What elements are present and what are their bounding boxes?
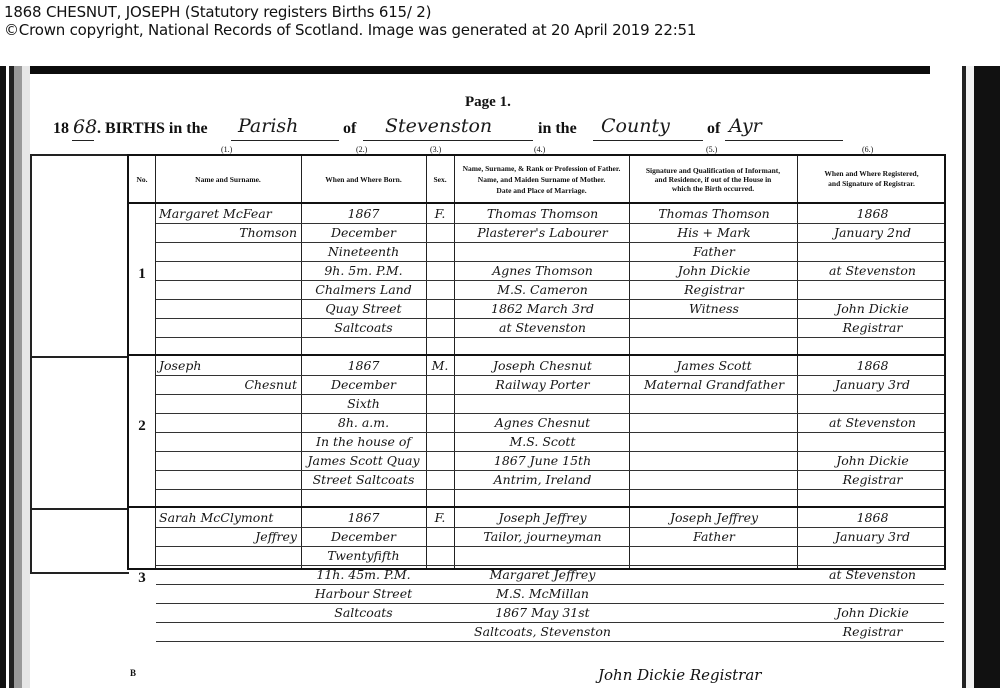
header-parents: Name, Surname, & Rank or Profession of F… [454, 156, 629, 202]
entry-registered-line: at Stevenston [801, 415, 944, 430]
year-prefix: 18 [53, 120, 69, 138]
entry-parents-line: Saltcoats, Stevenston [458, 624, 627, 639]
district-name: Stevenston [385, 115, 492, 137]
entry-born-line: Chalmers Land [305, 282, 422, 297]
header-registered: When and Where Registered, and Signature… [797, 156, 946, 202]
column-number-6: (6.) [862, 145, 873, 154]
entry-parents-line: 1867 May 31st [458, 605, 627, 620]
of-label-1: of [343, 120, 356, 138]
births-register-table: No. Name and Surname. When and Where Bor… [127, 154, 946, 570]
entry-inf-line: John Dickie [633, 263, 795, 278]
page-top-edge [30, 66, 930, 74]
entry-parents-line: 1862 March 3rd [458, 301, 627, 316]
entry-sex: M. [428, 358, 452, 373]
entry-name-line: Thomson [159, 225, 297, 240]
entry-parents-line: Joseph Chesnut [458, 358, 627, 373]
header-informant: Signature and Qualification of Informant… [629, 156, 797, 202]
column-number-5: (5.) [706, 145, 717, 154]
entry-born-line: 11h. 45m. P.M. [305, 567, 422, 582]
entry-born-line: December [305, 225, 422, 240]
entry-parents-line: Antrim, Ireland [458, 472, 627, 487]
entry-registered-line: John Dickie [801, 453, 944, 468]
entry-parents-line: M.S. Cameron [458, 282, 627, 297]
entry-registered-line: Registrar [801, 472, 944, 487]
entry-number: 1 [129, 266, 155, 283]
scanned-register-page: Page 1. 18 68 . BIRTHS in the Parish of … [0, 66, 1000, 688]
entry-parents-line: Plasterer's Labourer [458, 225, 627, 240]
entry-sex: F. [428, 206, 452, 221]
page-binding-left [0, 66, 30, 688]
district-type: Parish [238, 115, 298, 137]
entry-registered-line: January 2nd [801, 225, 944, 240]
county-name: Ayr [729, 115, 762, 137]
entry-parents-line: at Stevenston [458, 320, 627, 335]
entry-name-line: Sarah McClymont [159, 510, 297, 525]
column-number-1: (1.) [221, 145, 232, 154]
margin-box [30, 154, 129, 574]
record-caption-title: 1868 CHESNUT, JOSEPH (Statutory register… [4, 3, 431, 22]
column-number-3: (3.) [430, 145, 441, 154]
entry-inf-line: Thomas Thomson [633, 206, 795, 221]
header-no: No. [129, 156, 155, 202]
entry-number: 2 [129, 418, 155, 435]
entry-inf-line: James Scott [633, 358, 795, 373]
page-number: Page 1. [465, 94, 511, 111]
entry-registered-line: Registrar [801, 320, 944, 335]
entry-registered-line: at Stevenston [801, 263, 944, 278]
register-title-line: 18 68 . BIRTHS in the Parish of Stevenst… [53, 116, 843, 142]
entry-registered-line: January 3rd [801, 377, 944, 392]
entry-born-line: In the house of [305, 434, 422, 449]
of-label-2: of [707, 120, 720, 138]
entry-inf-line: Registrar [633, 282, 795, 297]
entry-born-line: Nineteenth [305, 244, 422, 259]
entry-parents-line: M.S. Scott [458, 434, 627, 449]
entry-born-line: 1867 [305, 510, 422, 525]
entry-born-line: Street Saltcoats [305, 472, 422, 487]
entry-parents-line: Joseph Jeffrey [458, 510, 627, 525]
entry-born-line: Saltcoats [305, 605, 422, 620]
entry-registered-line: at Stevenston [801, 567, 944, 582]
entry-parents-line: Agnes Thomson [458, 263, 627, 278]
entry-parents-line: 1867 June 15th [458, 453, 627, 468]
births-in-the: . BIRTHS in the [97, 120, 208, 138]
header-sex: Sex. [426, 156, 454, 202]
entry-parents-line: M.S. McMillan [458, 586, 627, 601]
entry-born-line: 1867 [305, 358, 422, 373]
entry-born-line: James Scott Quay [305, 453, 422, 468]
entry-registered-line: 1868 [801, 510, 944, 525]
entry-registered-line: Registrar [801, 624, 944, 639]
entry-born-line: 9h. 5m. P.M. [305, 263, 422, 278]
footer-mark: B [130, 668, 136, 678]
entry-born-line: Harbour Street [305, 586, 422, 601]
county-word: County [601, 115, 670, 137]
entry-born-line: 8h. a.m. [305, 415, 422, 430]
entry-parents-line: Tailor, journeyman [458, 529, 627, 544]
entry-registered-line: 1868 [801, 206, 944, 221]
entry-parents-line: Thomas Thomson [458, 206, 627, 221]
entry-name-line: Jeffrey [159, 529, 297, 544]
entry-born-line: Saltcoats [305, 320, 422, 335]
page-binding-right [958, 66, 1000, 688]
entry-inf-line: His + Mark [633, 225, 795, 240]
entry-parents-line: Railway Porter [458, 377, 627, 392]
entry-sex: F. [428, 510, 452, 525]
entry-parents-line: Margaret Jeffrey [458, 567, 627, 582]
header-name: Name and Surname. [155, 156, 301, 202]
entry-name-line: Joseph [159, 358, 297, 373]
entry-inf-line: Father [633, 244, 795, 259]
column-number-4: (4.) [534, 145, 545, 154]
entry-born-line: 1867 [305, 206, 422, 221]
record-caption-copyright: ©Crown copyright, National Records of Sc… [4, 21, 696, 40]
entry-inf-line: Joseph Jeffrey [633, 510, 795, 525]
entry-parents-line: Agnes Chesnut [458, 415, 627, 430]
in-the-label: in the [538, 120, 577, 138]
entry-inf-line: Witness [633, 301, 795, 316]
footer-registrar-signature: John Dickie Registrar [598, 666, 761, 684]
year-suffix: 68 [73, 116, 97, 138]
entry-registered-line: John Dickie [801, 301, 944, 316]
entry-born-line: Sixth [305, 396, 422, 411]
entry-inf-line: Father [633, 529, 795, 544]
entry-name-line: Chesnut [159, 377, 297, 392]
entry-registered-line: January 3rd [801, 529, 944, 544]
entry-born-line: Twentyfifth [305, 548, 422, 563]
column-number-2: (2.) [356, 145, 367, 154]
entry-born-line: December [305, 377, 422, 392]
entry-name-line: Margaret McFear [159, 206, 297, 221]
entry-registered-line: 1868 [801, 358, 944, 373]
entry-registered-line: John Dickie [801, 605, 944, 620]
entry-born-line: December [305, 529, 422, 544]
entry-inf-line: Maternal Grandfather [633, 377, 795, 392]
entry-born-line: Quay Street [305, 301, 422, 316]
entry-number: 3 [129, 570, 155, 587]
header-born: When and Where Born. [301, 156, 426, 202]
